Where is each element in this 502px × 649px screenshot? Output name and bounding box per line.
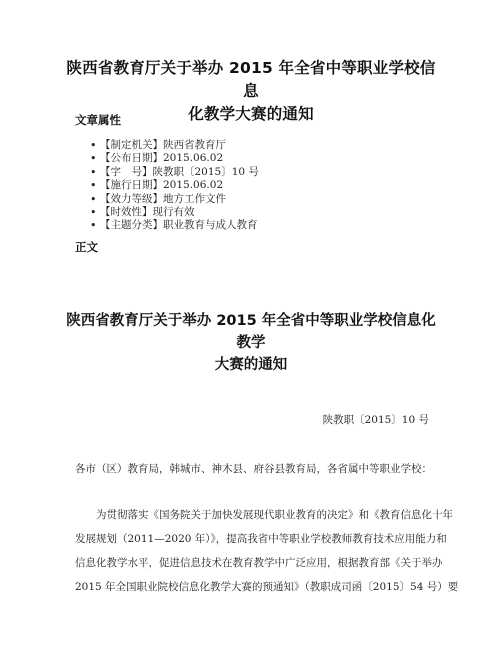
paragraph-line: 为贯彻落实《国务院关于加快发展现代职业教育的决定》和《教育信息化十年 [75,503,430,527]
document-title-line-1: 陕西省教育厅关于举办 2015 年全省中等职业学校信息 [60,57,442,103]
attribute-label: 【效力等级】 [100,193,163,205]
attribute-item-legal-level: 【效力等级】地方工作文件 [90,193,259,206]
attribute-label: 【施行日期】 [100,179,163,191]
attribute-value: 陕西省教育厅 [163,139,226,151]
attribute-item-category: 【主题分类】职业教育与成人教育 [90,219,259,232]
attribute-item-publish-date: 【公布日期】2015.06.02 [90,152,259,165]
attribute-label: 【公布日期】 [100,152,163,164]
attribute-item-effective-date: 【施行日期】2015.06.02 [90,179,259,192]
attribute-item-validity: 【时效性】现行有效 [90,206,259,219]
body-title-line-2: 大赛的通知 [60,354,442,376]
attribute-value: 2015.06.02 [163,152,223,164]
body-title-line-1: 陕西省教育厅关于举办 2015 年全省中等职业学校信息化教学 [60,310,442,354]
paragraph-line: 信息化教学水平，促进信息技术在教育教学中广泛应用，根据教育部《关于举办 [75,551,430,575]
attribute-item-doc-number: 【字 号】陕教职〔2015〕10 号 [90,166,259,179]
attributes-list: 【制定机关】陕西省教育厅 【公布日期】2015.06.02 【字 号】陕教职〔2… [90,139,259,233]
attribute-value: 陕教职〔2015〕10 号 [153,166,259,178]
attribute-label: 【主题分类】 [100,219,163,231]
document-page: 陕西省教育厅关于举办 2015 年全省中等职业学校信息 化教学大赛的通知 文章属… [0,0,502,649]
document-number: 陕教职〔2015〕10 号 [323,412,429,427]
attribute-label: 【时效性】 [100,206,153,218]
attribute-label: 【制定机关】 [100,139,163,151]
attribute-value: 2015.06.02 [163,179,223,191]
body-heading: 正文 [75,239,98,255]
body-paragraph: 为贯彻落实《国务院关于加快发展现代职业教育的决定》和《教育信息化十年 发展规划（… [75,503,430,599]
paragraph-line: 发展规划（2011—2020 年）》，提高我省中等职业学校教师教育技术应用能力和 [75,527,430,551]
attribute-value: 地方工作文件 [163,193,226,205]
paragraph-line: 2015 年全国职业院校信息化教学大赛的预通知》（教职成司函〔2015〕54 号… [75,575,430,599]
attribute-value: 职业教育与成人教育 [163,219,258,231]
attribute-value: 现行有效 [153,206,195,218]
attribute-item-issuer: 【制定机关】陕西省教育厅 [90,139,259,152]
salutation: 各市（区）教育局，韩城市、神木县、府谷县教育局，各省属中等职业学校： [75,461,432,476]
attribute-label: 【字 号】 [100,166,153,178]
body-title: 陕西省教育厅关于举办 2015 年全省中等职业学校信息化教学 大赛的通知 [60,310,442,376]
attributes-heading: 文章属性 [75,112,121,128]
